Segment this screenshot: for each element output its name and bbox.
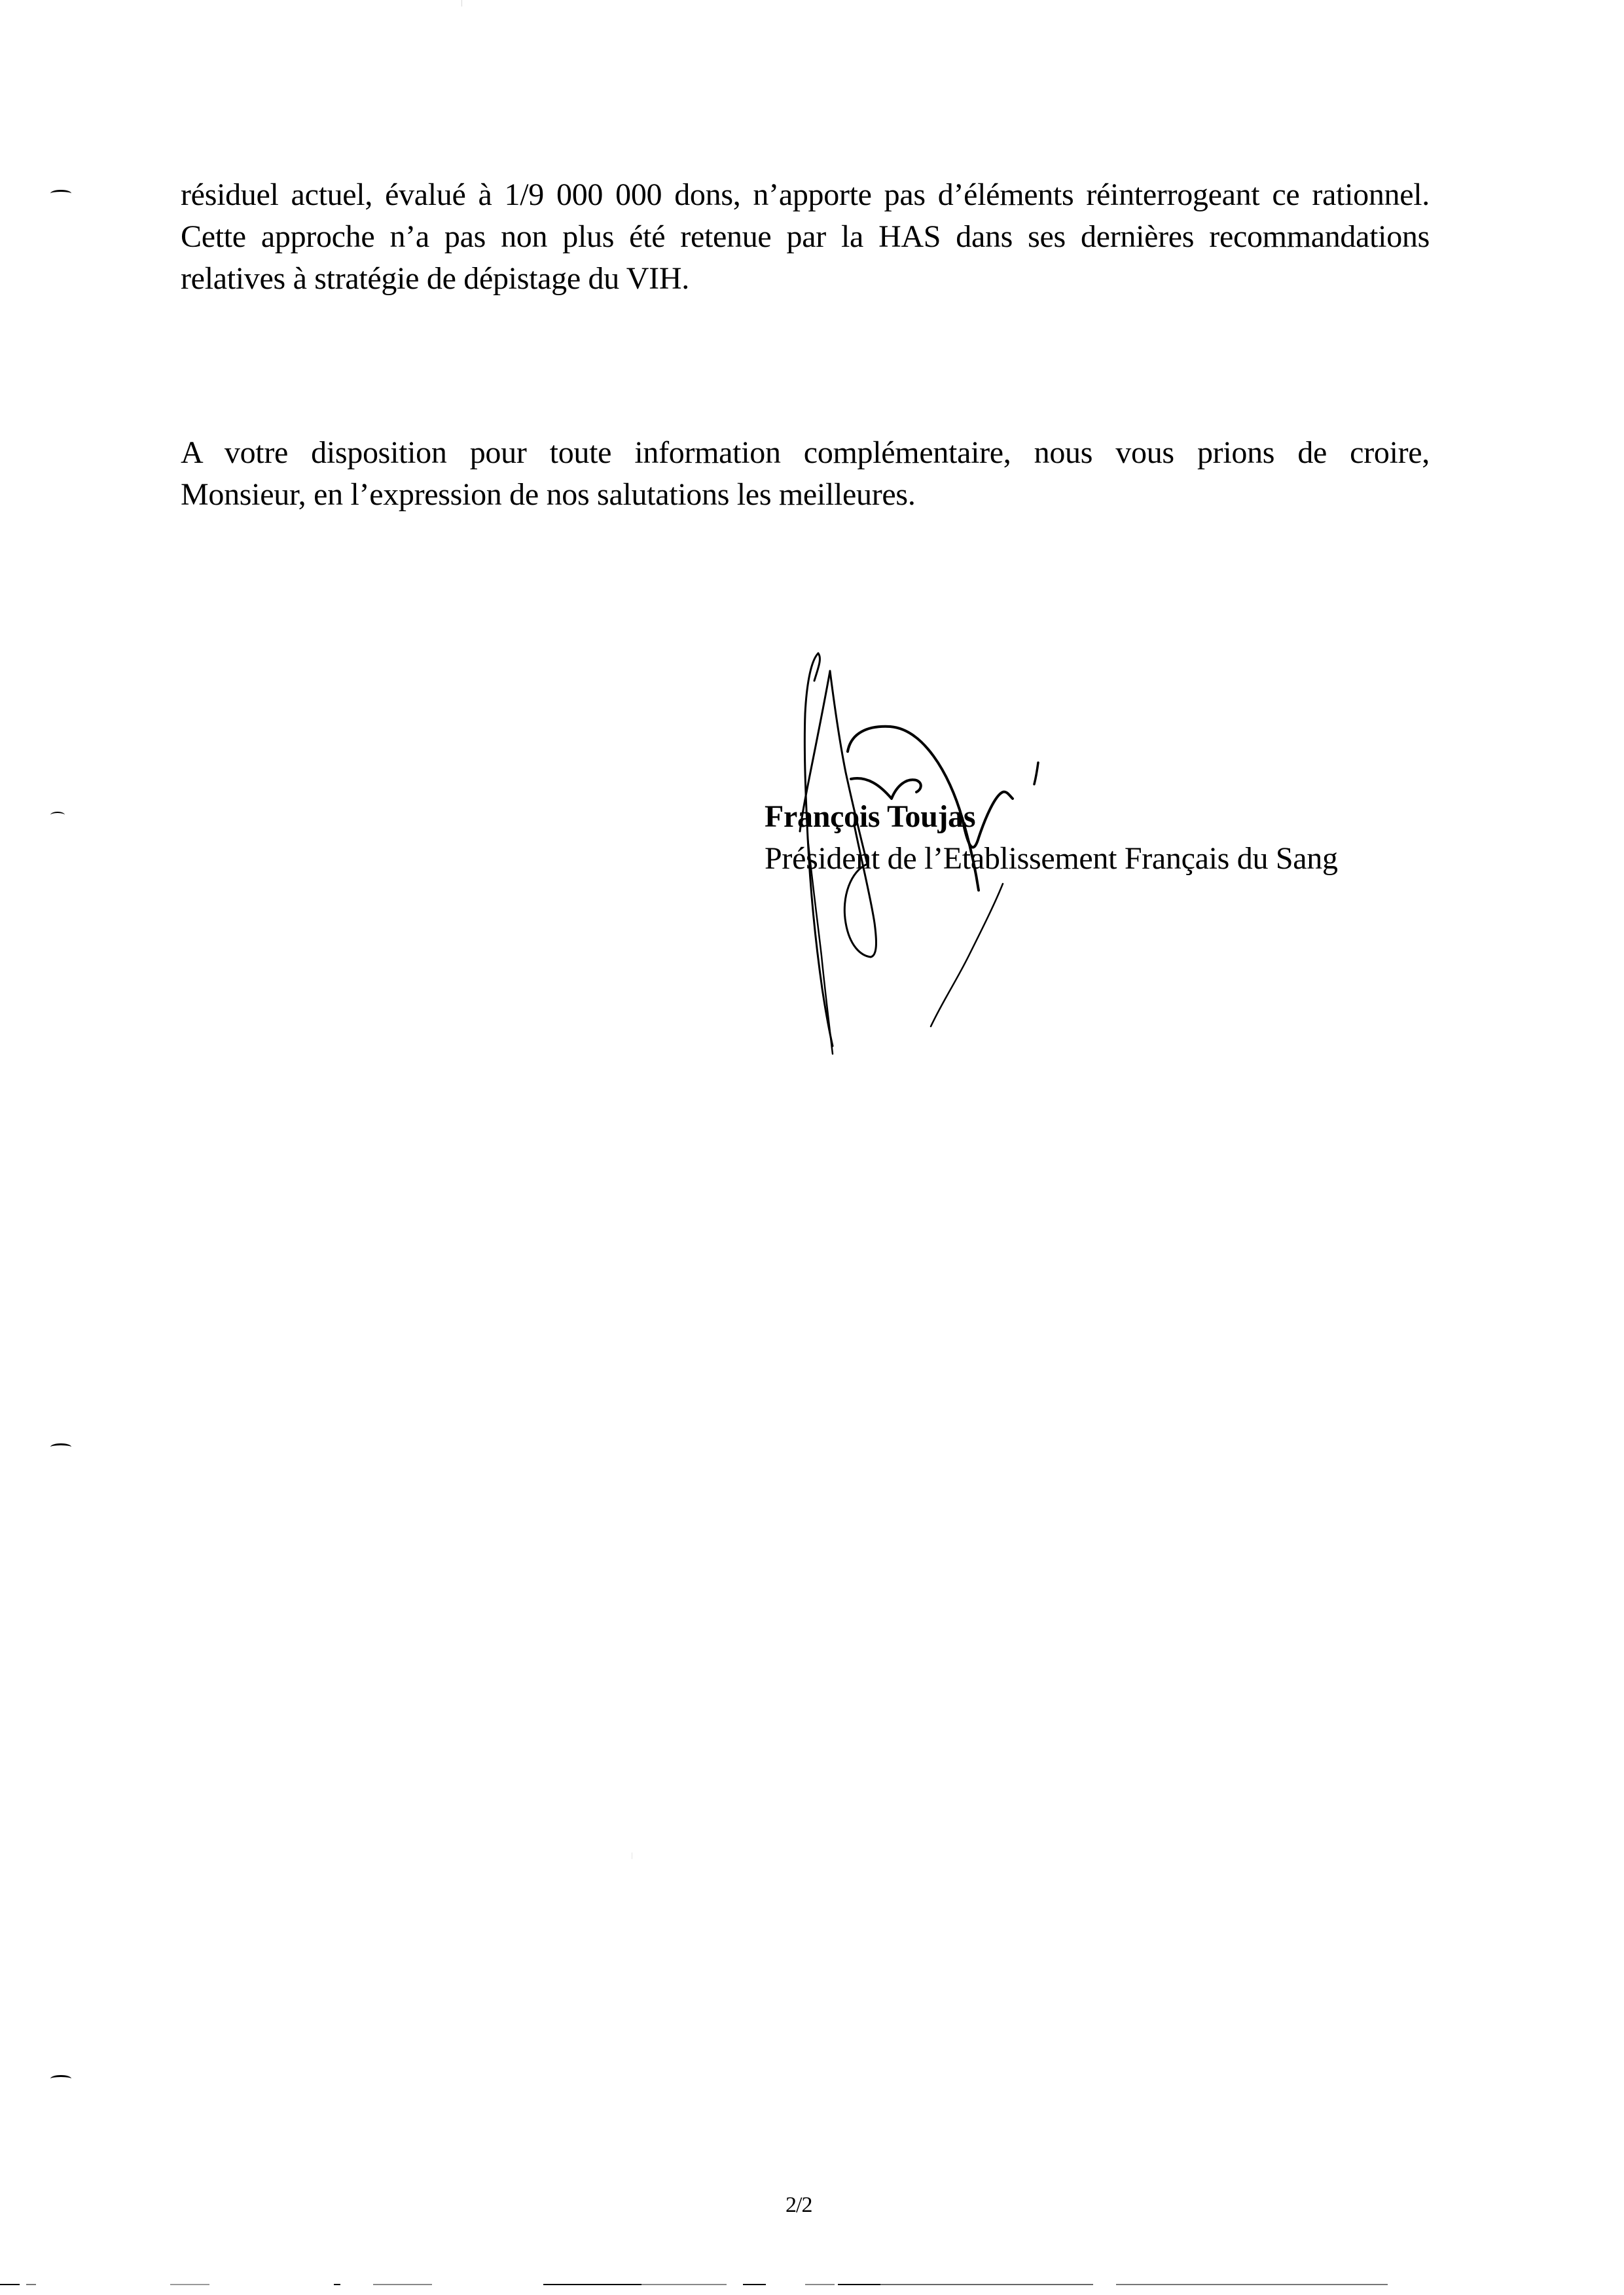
page-number: 2/2 xyxy=(785,2193,812,2218)
scan-artifact xyxy=(461,0,462,7)
letter-page: résiduel actuel, évalué à 1/9 000 000 do… xyxy=(0,0,1624,2295)
punch-hole-mark xyxy=(50,190,71,197)
paragraph-line: relatives à stratégie de dépistage du VI… xyxy=(181,258,1430,300)
signatory-name: François Toujas xyxy=(765,796,1338,838)
signatory-title: Président de l’Etablissement Français du… xyxy=(765,838,1338,880)
punch-hole-mark xyxy=(50,812,65,818)
scan-artifact xyxy=(632,1852,632,1859)
paragraph-line: résiduel actuel, évalué à 1/9 000 000 do… xyxy=(181,174,1430,216)
punch-hole-mark xyxy=(50,1443,71,1451)
paragraph-line: Cette approche n’a pas non plus été rete… xyxy=(181,216,1430,258)
body-paragraph-salutation: A votre disposition pour toute informati… xyxy=(181,432,1430,516)
paragraph-line: A votre disposition pour toute informati… xyxy=(181,432,1430,474)
signature-block: François Toujas Président de l’Etablisse… xyxy=(765,796,1338,880)
paragraph-line: Monsieur, en l’expression de nos salutat… xyxy=(181,474,1430,516)
body-paragraph-closing-rationale: résiduel actuel, évalué à 1/9 000 000 do… xyxy=(181,174,1430,300)
scan-artifact xyxy=(0,2283,1624,2286)
punch-hole-mark xyxy=(50,2075,71,2082)
